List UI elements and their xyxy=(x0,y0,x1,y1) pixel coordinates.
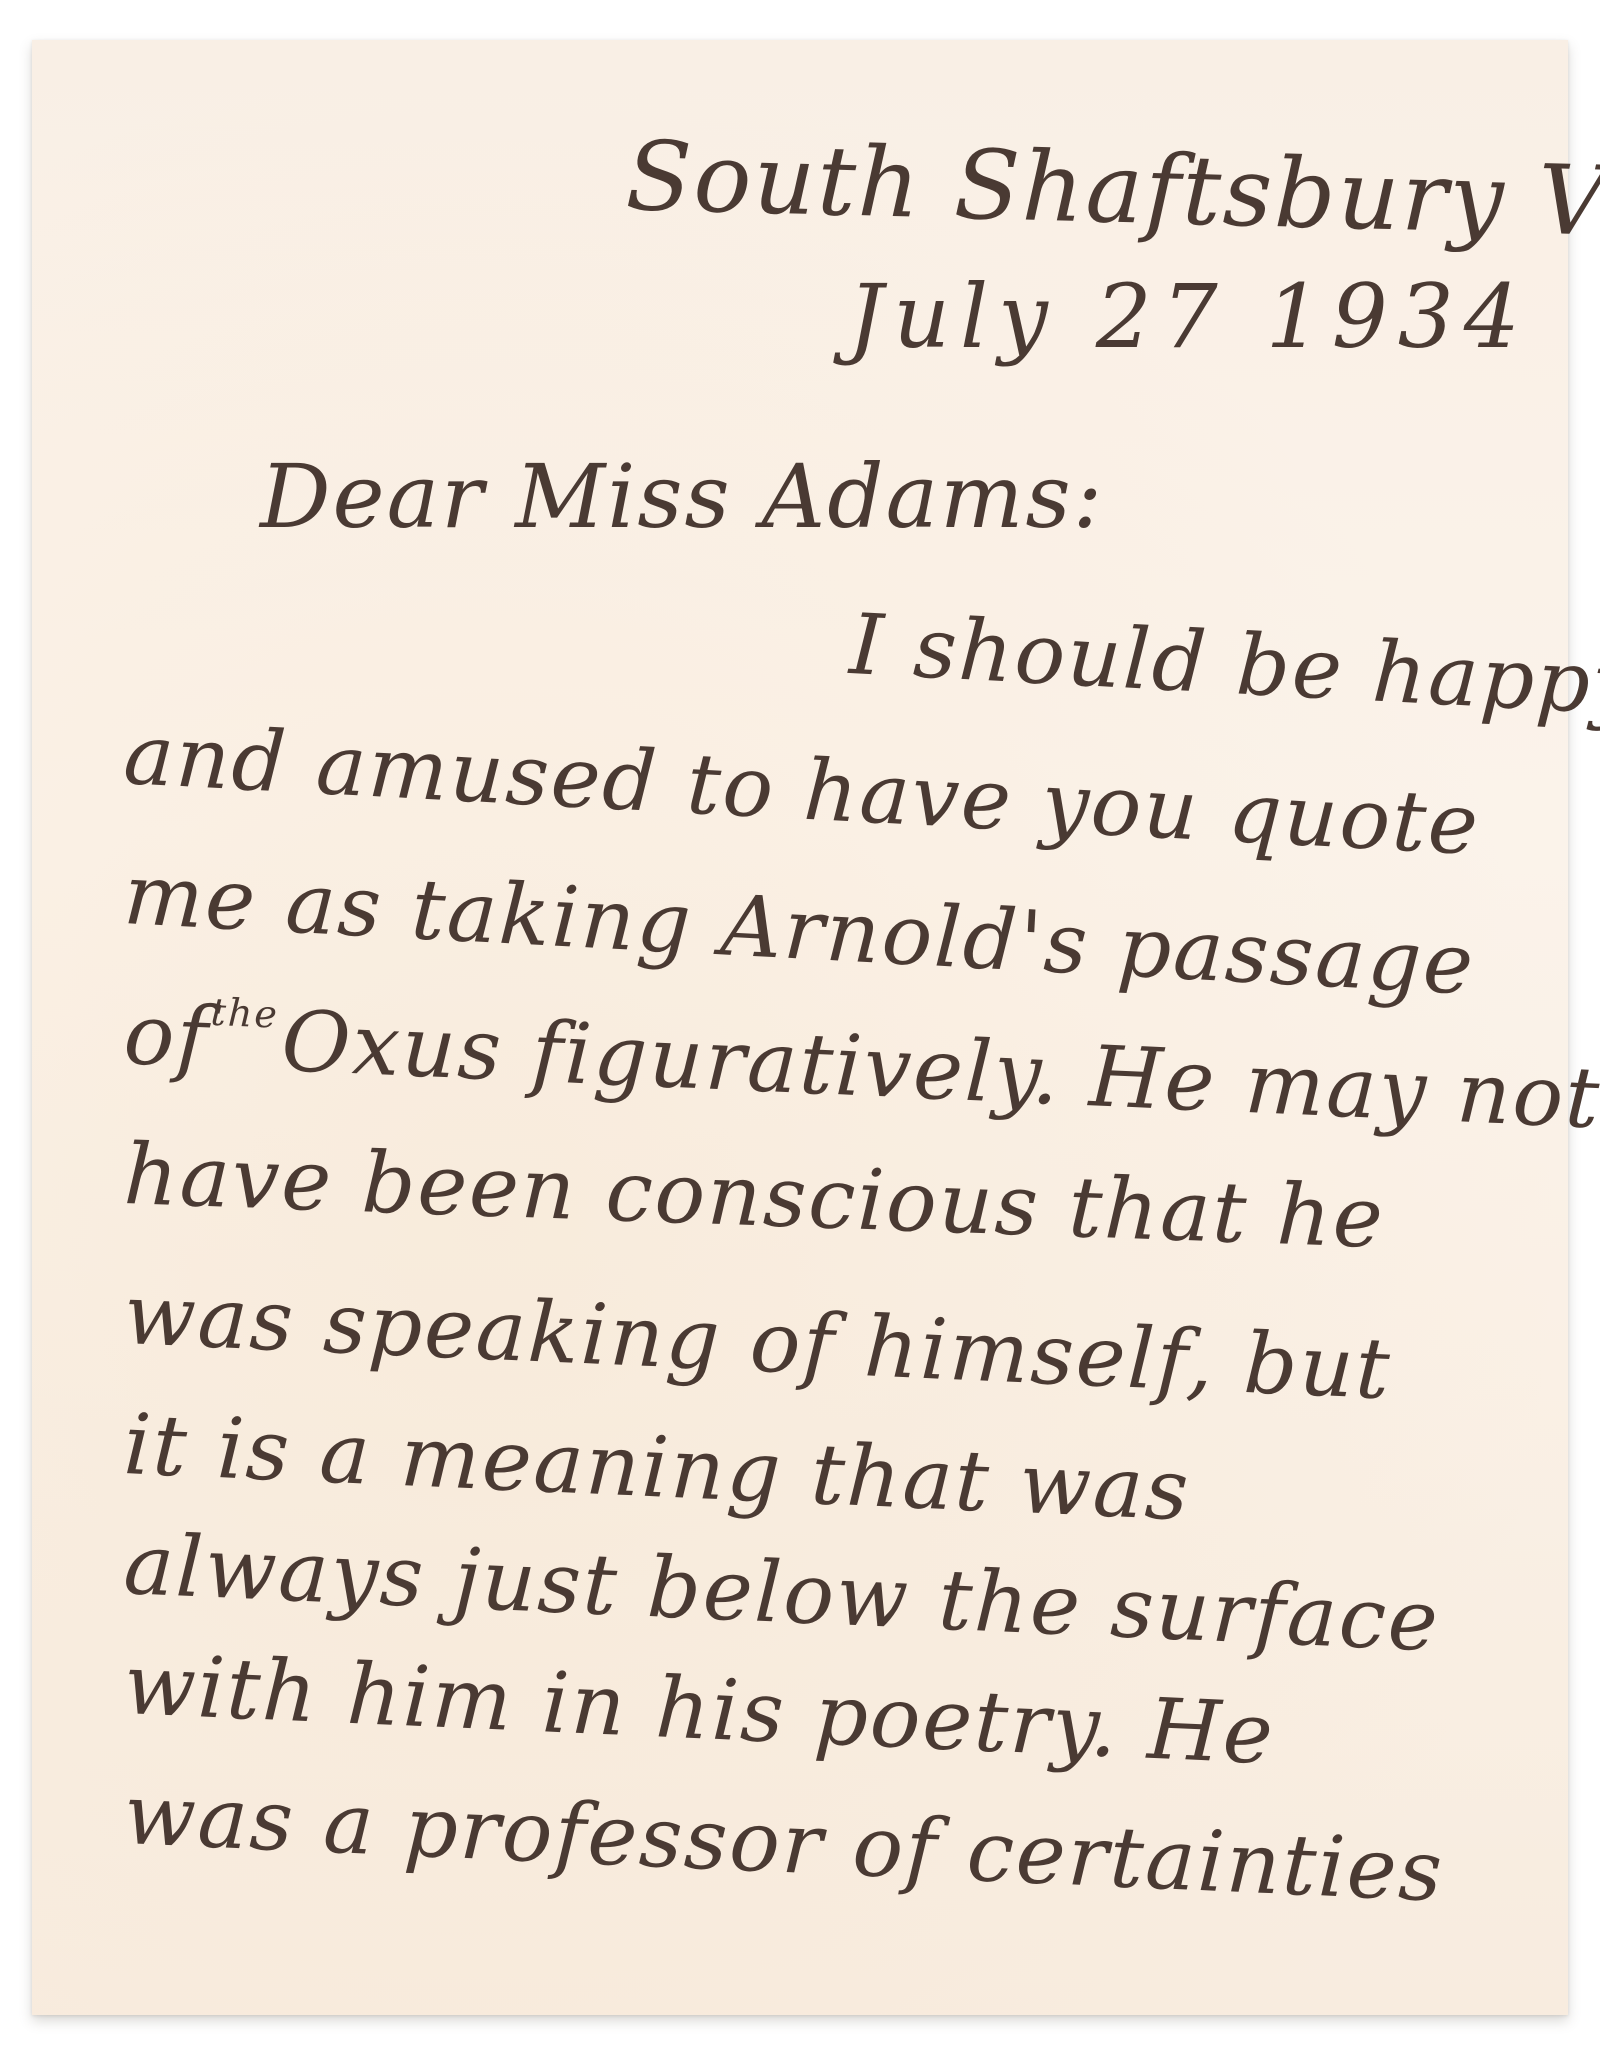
letter-line: oftheOxus figuratively. He may not xyxy=(122,985,1600,1147)
letter-line: it is a meaning that was xyxy=(122,1395,1193,1539)
letter-date: July 27 1934 xyxy=(848,265,1530,368)
letter-page: South Shaftsbury Vt July 27 1934 Dear Mi… xyxy=(32,40,1568,2015)
letter-line-prefix: of xyxy=(122,985,212,1087)
letter-line-text: Oxus figuratively. He may not xyxy=(280,992,1600,1148)
inserted-word-superscript: the xyxy=(210,990,280,1037)
letter-salutation: Dear Miss Adams: xyxy=(260,445,1104,548)
letter-line: have been conscious that he xyxy=(122,1125,1386,1267)
letter-line: with him in his poetry. He xyxy=(122,1635,1277,1783)
letter-place: South Shaftsbury Vt xyxy=(625,120,1600,259)
letter-line: and amused to have you quote xyxy=(121,705,1482,874)
letter-line: I should be happy xyxy=(847,595,1600,734)
letter-line: was speaking of himself, but xyxy=(122,1265,1394,1418)
letter-line: me as taking Arnold's passage xyxy=(121,845,1477,1014)
letter-line: was a professor of certainties xyxy=(122,1765,1446,1921)
